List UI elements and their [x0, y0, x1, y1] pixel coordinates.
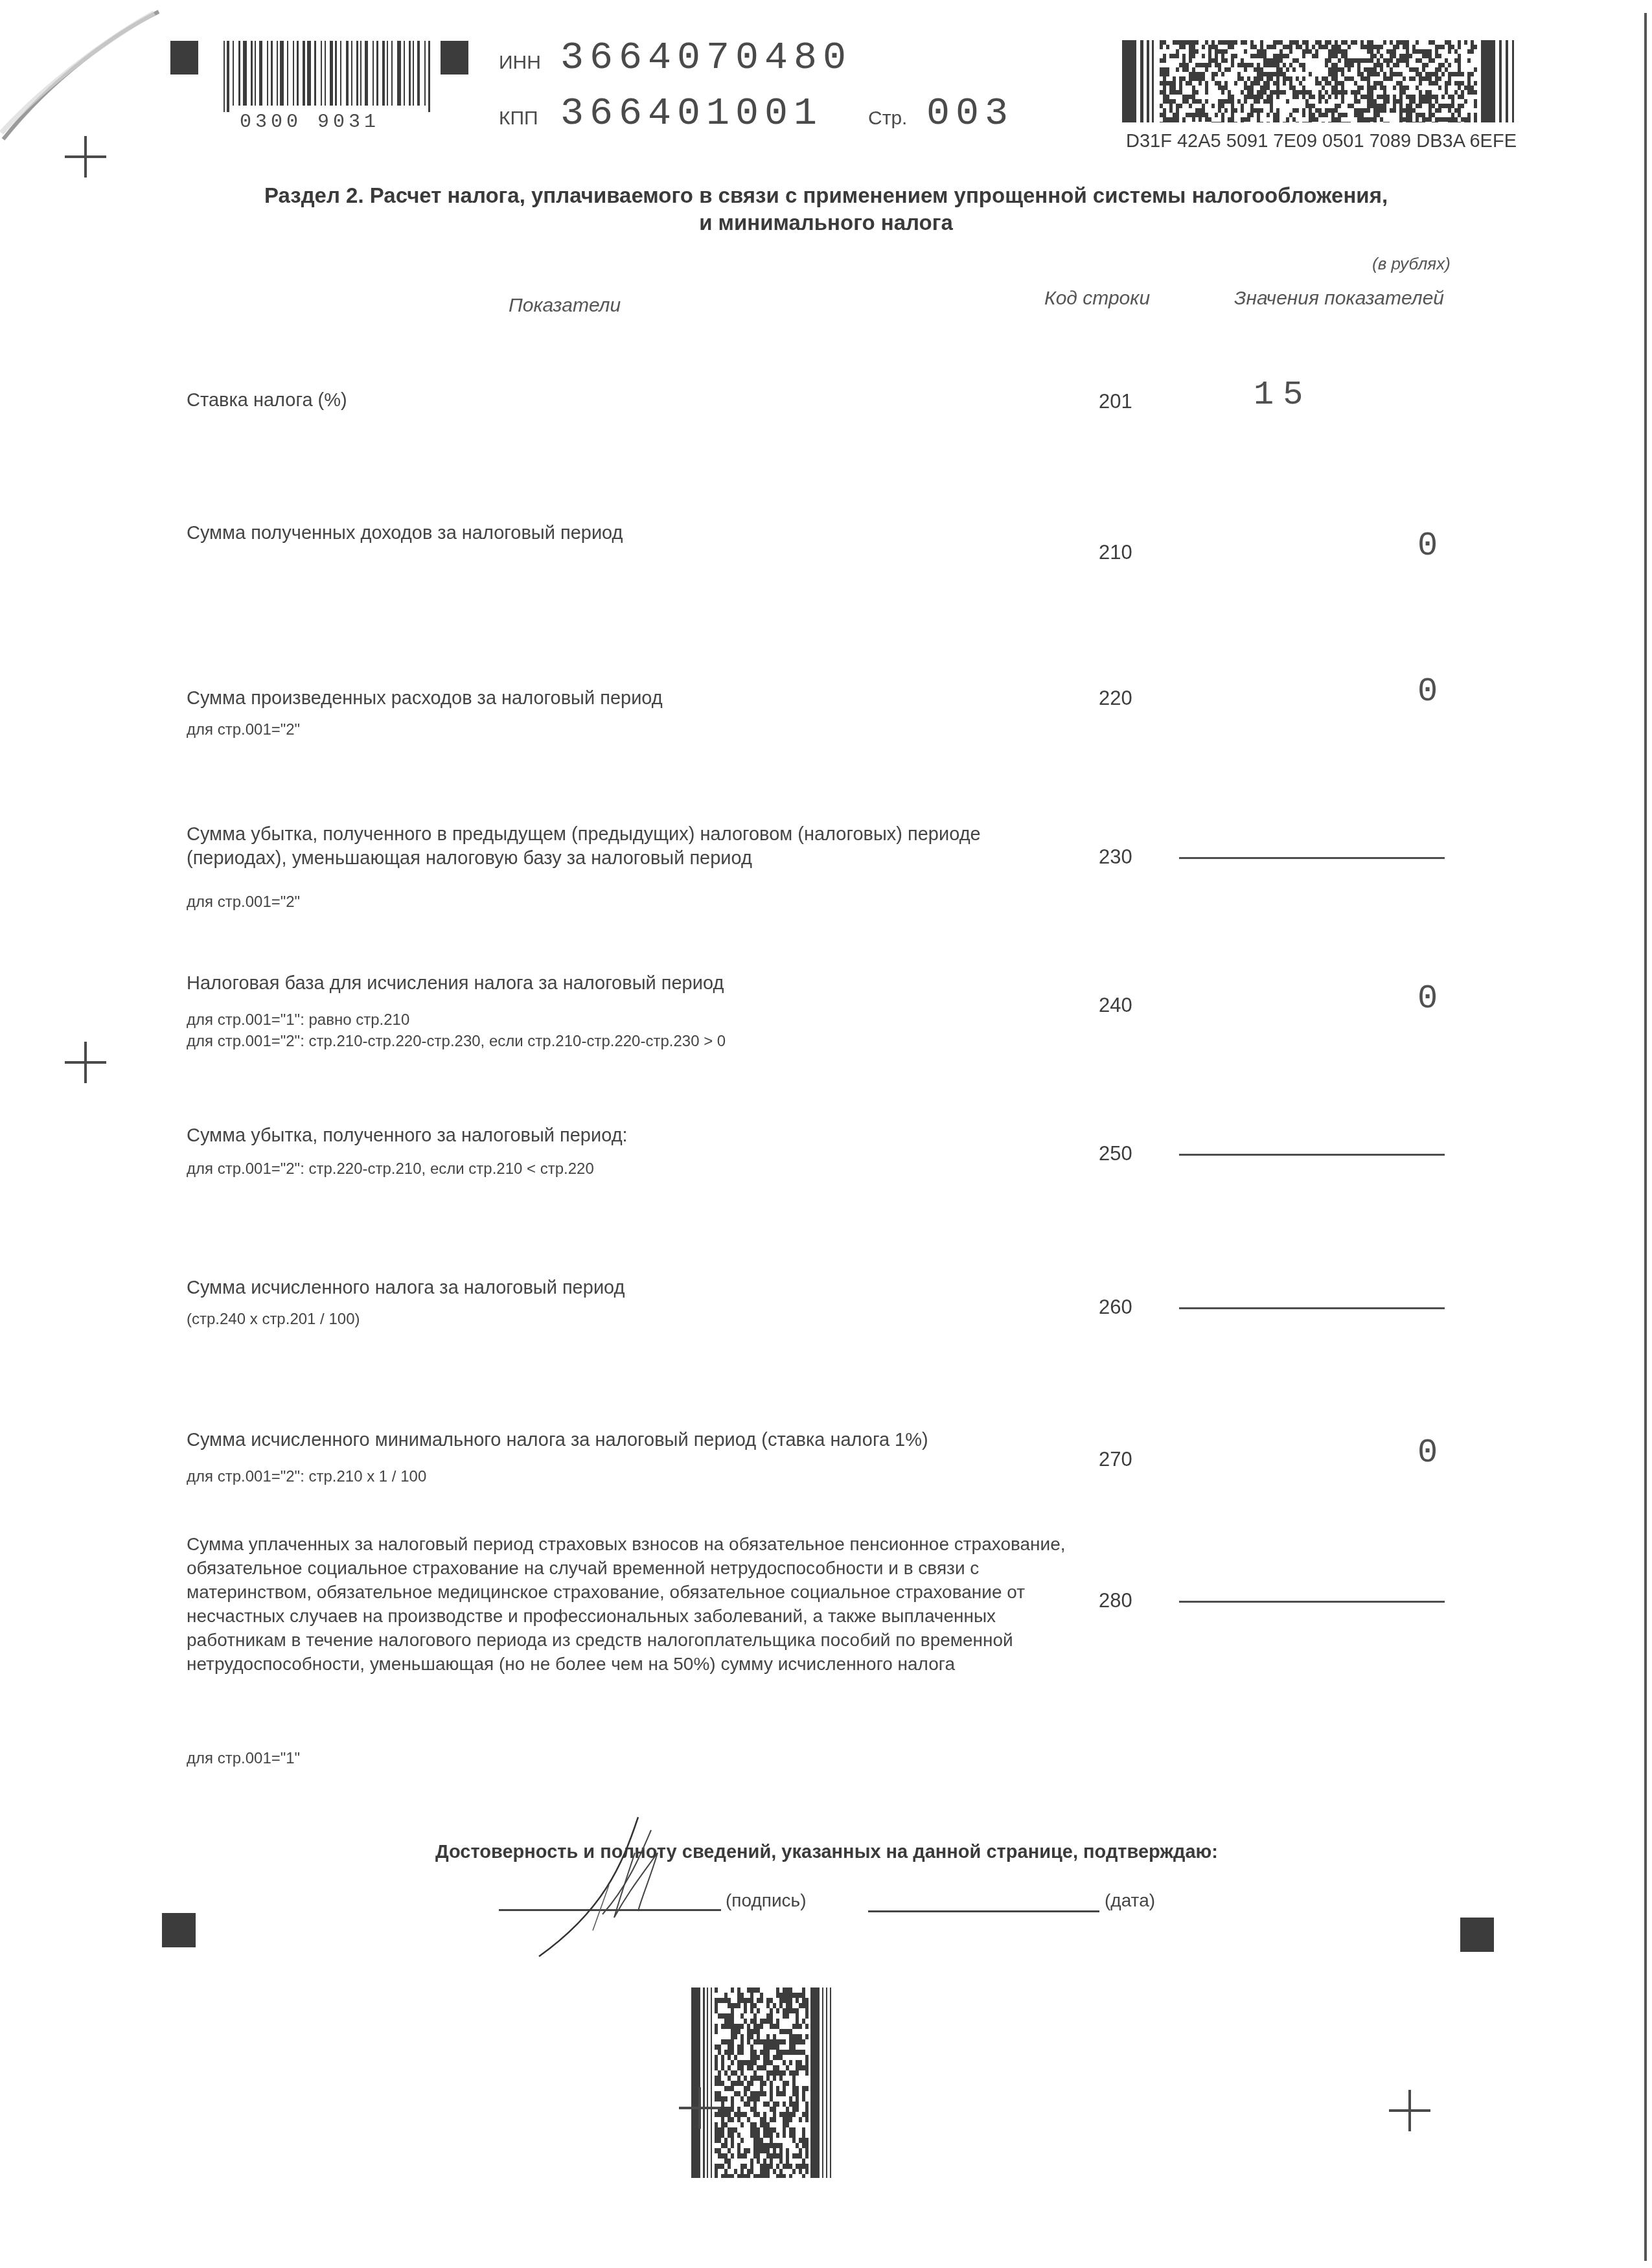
barcode-bar [227, 41, 229, 112]
barcode-bar [365, 41, 368, 106]
barcode-bar [340, 41, 341, 106]
barcode-bar [413, 41, 414, 106]
column-header-values: Значения показателей [1234, 288, 1444, 310]
barcode-bar [391, 41, 393, 106]
linear-barcode-text: 0300 9031 [240, 111, 380, 133]
value-empty-dash[interactable] [1179, 1307, 1445, 1309]
row-code: 280 [1099, 1589, 1132, 1612]
row-label: Ставка налога (%) [187, 389, 1094, 413]
section-title: Раздел 2. Расчет налога, уплачиваемого в… [168, 181, 1484, 210]
barcode-bar [259, 41, 262, 106]
barcode-bar [360, 41, 361, 106]
barcode-bar [376, 41, 378, 106]
row-code: 240 [1099, 994, 1132, 1017]
barcode-bar [271, 41, 273, 106]
barcode-bar [277, 41, 278, 106]
barcode-bar [417, 41, 420, 106]
row-label: Сумма убытка, полученного за налоговый п… [187, 1124, 1094, 1148]
column-header-indicators: Показатели [509, 295, 621, 317]
section-title-line2: и минимального налога [168, 209, 1484, 237]
barcode-bar [224, 41, 225, 112]
date-label: (дата) [1105, 1890, 1155, 1911]
crosshair-mark [65, 136, 106, 178]
crosshair-mark [65, 1042, 106, 1083]
scan-right-edge [1644, 13, 1647, 2261]
crosshair-mark [1389, 2090, 1430, 2131]
row-note: для стр.001="2" [187, 893, 300, 912]
registration-marker [170, 41, 198, 74]
barcode-bar [293, 41, 294, 106]
row-value[interactable]: 15 [1254, 376, 1312, 414]
row-note: для стр.001="2" [187, 720, 300, 740]
registration-marker [441, 41, 468, 74]
row-label: Сумма полученных доходов за налоговый пе… [187, 521, 1094, 545]
row-code: 220 [1099, 687, 1132, 710]
row-code: 260 [1099, 1296, 1132, 1319]
barcode-bar [409, 41, 411, 106]
row-label: Сумма исчисленного налога за налоговый п… [187, 1276, 1094, 1300]
row-label: Сумма убытка, полученного в предыдущем (… [187, 823, 1081, 871]
row-label: Сумма исчисленного минимального налога з… [187, 1428, 1094, 1452]
barcode-bar [243, 41, 247, 106]
row-code: 201 [1099, 390, 1132, 413]
row-note: (стр.240 х стр.201 / 100) [187, 1310, 360, 1329]
row-note: для стр.001="2": стр.220-стр.210, если с… [187, 1160, 594, 1179]
barcode-bar [373, 41, 374, 106]
value-empty-dash[interactable] [1179, 1154, 1445, 1156]
barcode-bar [325, 41, 326, 106]
signature-label: (подпись) [726, 1890, 807, 1911]
row-note: для стр.001="2": стр.210-стр.220-стр.230… [187, 1032, 726, 1051]
pdf417-barcode [1122, 40, 1517, 122]
barcode-bar [280, 41, 284, 106]
pdf417-barcode-bottom [691, 1987, 832, 2178]
barcode-bar [321, 41, 322, 106]
scan-fold-artifact [0, 0, 168, 155]
row-code: 230 [1099, 845, 1132, 869]
row-code: 210 [1099, 541, 1132, 564]
page-number: 003 [926, 92, 1014, 136]
column-header-line-code: Код строки [1044, 288, 1150, 310]
handwritten-signature [531, 1814, 726, 1963]
barcode-bar [335, 41, 337, 106]
pdf417-code-text: D31F 42A5 5091 7E09 0501 7089 DB3A 6EFE [1126, 131, 1517, 152]
kpp-value: 366401001 [560, 92, 823, 136]
barcode-bar [424, 41, 426, 106]
barcode-bar [387, 41, 388, 106]
barcode-bar [382, 41, 385, 106]
value-empty-dash[interactable] [1179, 857, 1445, 859]
inn-value: 3664070480 [560, 36, 852, 80]
linear-barcode [224, 41, 434, 112]
units-note: (в рублях) [1372, 254, 1451, 274]
registration-marker [1460, 1918, 1494, 1952]
row-note: для стр.001="1": равно стр.210 [187, 1011, 409, 1030]
barcode-bar [307, 41, 311, 106]
inn-label: ИНН [499, 52, 541, 74]
row-label: Сумма произведенных расходов за налоговы… [187, 687, 1094, 711]
barcode-bar [346, 41, 349, 106]
barcode-bar [404, 41, 405, 106]
row-note: для стр.001="1" [187, 1749, 300, 1769]
date-line[interactable] [868, 1910, 1099, 1912]
row-code: 270 [1099, 1448, 1132, 1471]
row-value[interactable]: 0 [1417, 672, 1438, 711]
barcode-bar [255, 41, 256, 106]
row-value[interactable]: 0 [1417, 527, 1438, 565]
row-note: для стр.001="2": стр.210 х 1 / 100 [187, 1467, 426, 1487]
barcode-bar [303, 41, 305, 106]
barcode-bar [297, 41, 299, 106]
registration-marker [162, 1913, 196, 1947]
row-label: Сумма уплаченных за налоговый период стр… [187, 1532, 1081, 1676]
page-label: Стр. [868, 108, 907, 130]
barcode-bar [238, 41, 240, 106]
barcode-bar [356, 41, 358, 106]
barcode-bar [287, 41, 288, 106]
crosshair-mark [679, 2087, 720, 2129]
barcode-bar [314, 41, 316, 106]
barcode-bar [233, 41, 234, 106]
row-label: Налоговая база для исчисления налога за … [187, 972, 1094, 996]
kpp-label: КПП [499, 108, 538, 130]
barcode-bar [428, 41, 430, 112]
barcode-bar [251, 41, 253, 106]
barcode-bar [397, 41, 401, 106]
row-value[interactable]: 0 [1417, 1434, 1438, 1472]
value-empty-dash[interactable] [1179, 1601, 1445, 1603]
row-code: 250 [1099, 1142, 1132, 1165]
barcode-bar [267, 41, 268, 106]
barcode-bar [330, 41, 333, 106]
barcode-bar [351, 41, 352, 106]
row-value[interactable]: 0 [1417, 979, 1438, 1018]
